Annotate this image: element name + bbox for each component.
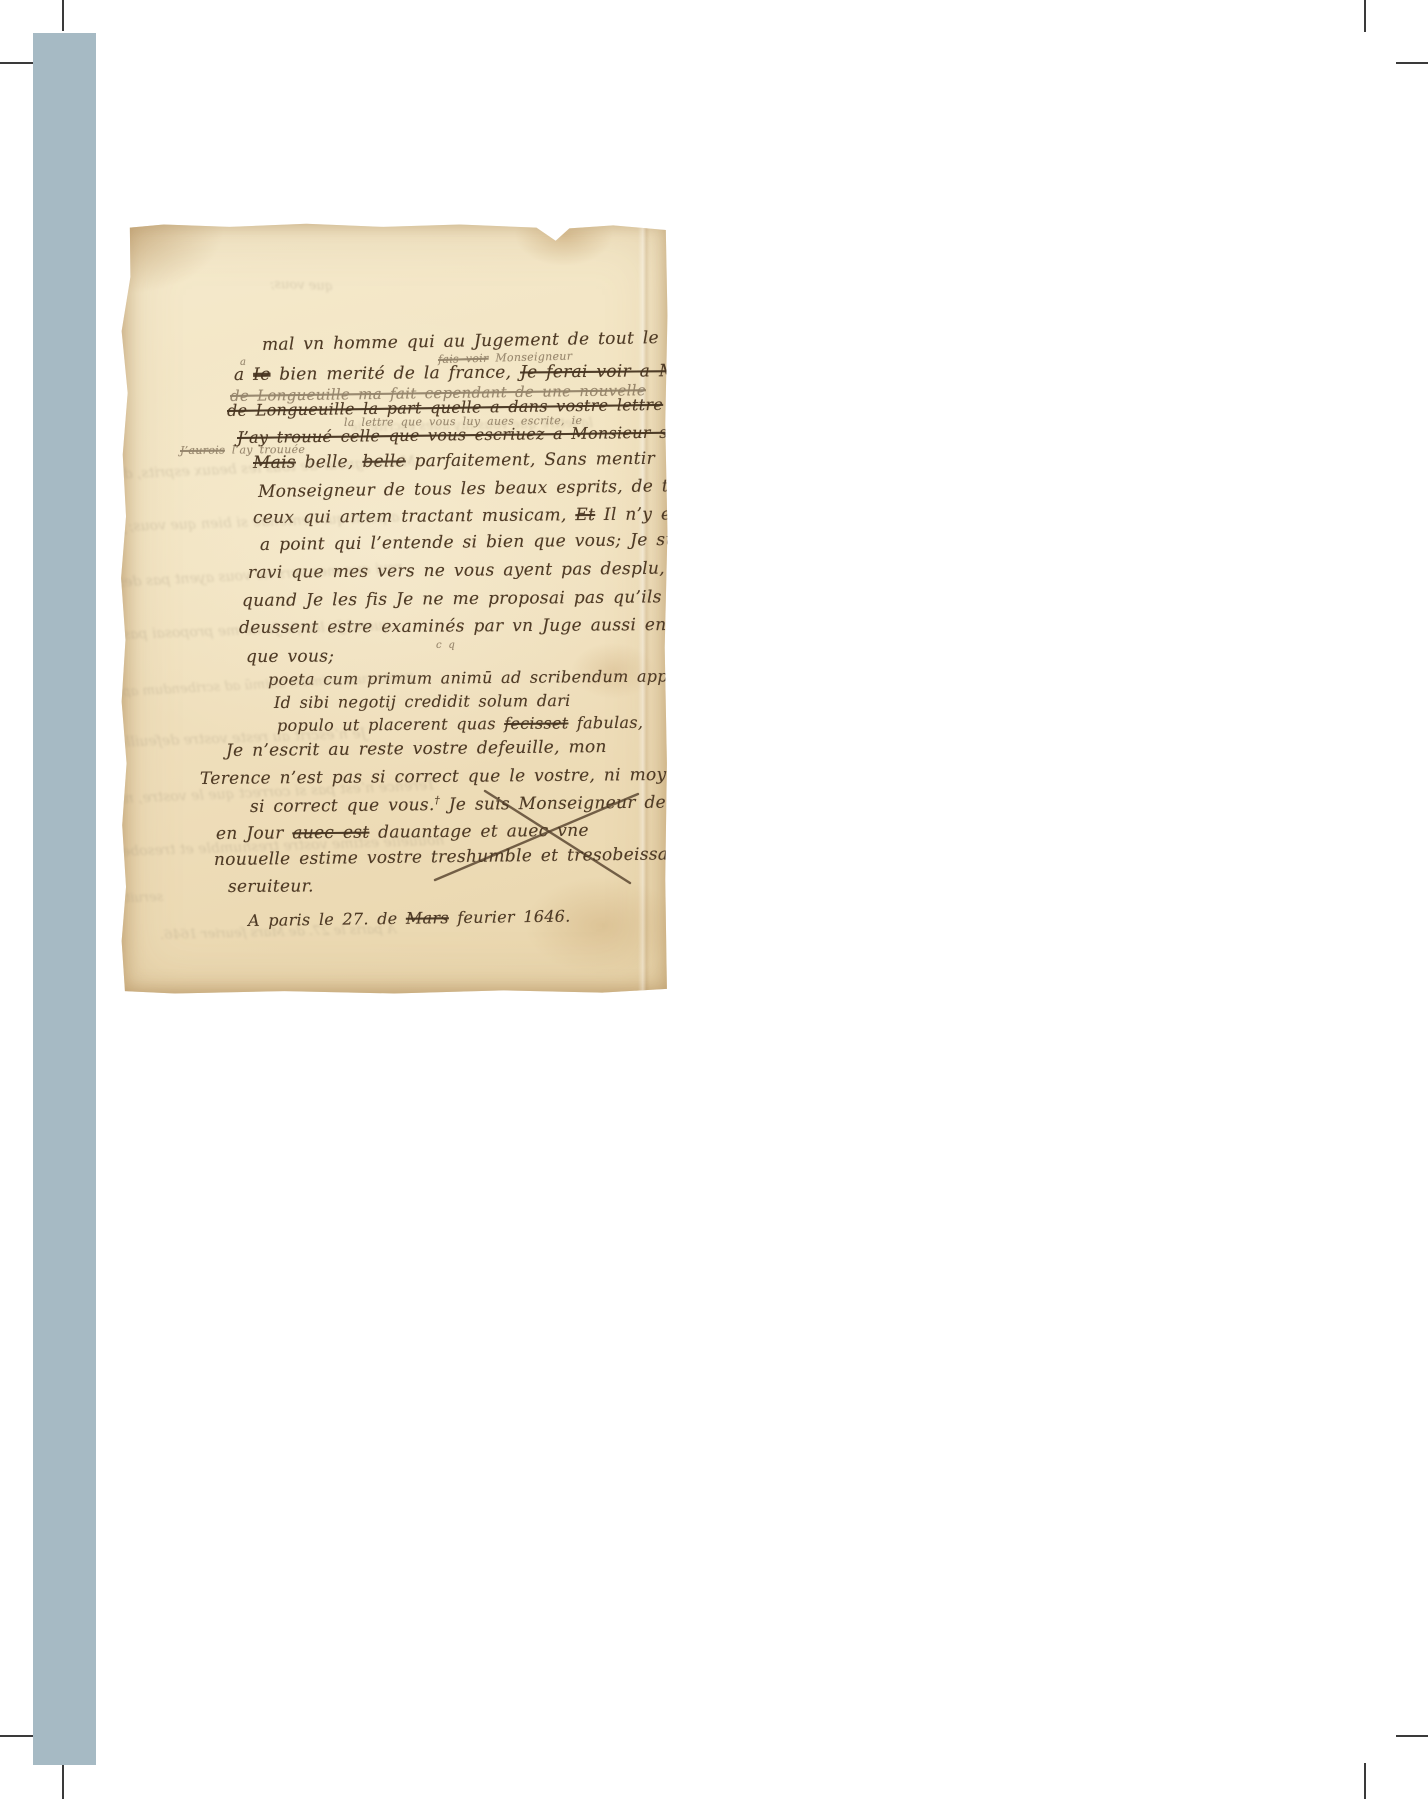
crop-mark-bottom-left-horizontal: [0, 1735, 34, 1737]
crop-mark-top-right-vertical: [1364, 0, 1366, 32]
handwriting-line: c q: [436, 640, 455, 651]
bleedthrough-text: a point qui l’entende si bien que vous; …: [120, 509, 400, 536]
handwriting-line: Id sibi negotij credidit solum dari: [274, 691, 571, 712]
crop-mark-top-vertical: [62, 0, 64, 31]
struck-text: Ie: [253, 365, 271, 385]
struck-text: fecisset: [504, 713, 568, 733]
sidebar-color-bar: [33, 33, 96, 1765]
struck-text: J’aurois: [180, 444, 225, 457]
print-proof-page: { "page": { "background_color": "#ffffff…: [0, 0, 1428, 1799]
handwriting-text: quand Je les fis Je ne me proposai pas q…: [242, 587, 662, 611]
crop-mark-top-left-horizontal: [0, 62, 34, 64]
bleedthrough-text: A paris le 27. de Mars feurier 1646.: [160, 922, 397, 943]
handwriting-text: Id sibi negotij credidit solum dari: [274, 691, 571, 712]
struck-text: Et: [575, 505, 595, 525]
handwriting-text: fabulas,: [568, 713, 643, 733]
handwriting-text: Il n’y en: [595, 504, 668, 525]
crop-mark-bottom-right-horizontal: [1396, 1735, 1428, 1737]
handwriting-text: a: [234, 365, 253, 385]
handwriting-text: que vous;: [246, 647, 334, 667]
handwriting-line: quand Je les fis Je ne me proposai pas q…: [242, 587, 662, 611]
handwriting-text: Je suis Monseigneur de Jour: [440, 792, 668, 815]
handwriting-line: que vous;: [246, 647, 334, 667]
bleedthrough-text: seruiteur.: [120, 890, 164, 907]
handwriting-text: Monseigneur: [488, 349, 572, 364]
struck-text: fais voir: [438, 352, 489, 366]
bleedthrough-text: quand Je les fis Je ne me proposai pas q…: [120, 618, 392, 645]
handwriting-text: feurier 1646.: [449, 906, 571, 927]
crop-mark-top-right-horizontal: [1396, 62, 1428, 64]
bleedthrough-text: que vous;: [270, 277, 334, 294]
handwriting-line: Monseigneur de tous les beaux esprits, d…: [258, 476, 668, 502]
handwriting-text: bien merité de la france,: [270, 363, 520, 385]
manuscript-paper: mal vn homme qui au Jugement de tout le …: [120, 223, 668, 995]
handwriting-text: mal vn homme qui au Jugement de tout le …: [262, 327, 668, 355]
crop-mark-bottom-right-vertical: [1364, 1763, 1366, 1799]
crop-mark-bottom-vertical: [62, 1765, 64, 1799]
handwriting-text: a point qui l’entende si bien que vous; …: [260, 530, 668, 555]
handwriting-line: a point qui l’entende si bien que vous; …: [260, 530, 668, 555]
handwriting-line: mal vn homme qui au Jugement de tout le …: [262, 327, 668, 355]
struck-text: Mars: [406, 908, 449, 928]
manuscript-scan: mal vn homme qui au Jugement de tout le …: [120, 223, 668, 995]
handwriting-line: seruiteur.: [228, 876, 314, 897]
handwriting-text: c q: [436, 640, 455, 651]
handwriting-text: parfaitement, Sans mentir: [406, 449, 655, 472]
handwriting-text: Monseigneur de tous les beaux esprits, d…: [258, 476, 668, 502]
handwriting-text: seruiteur.: [228, 876, 314, 897]
struck-text: Je ferai voir a Madame: [520, 361, 668, 383]
